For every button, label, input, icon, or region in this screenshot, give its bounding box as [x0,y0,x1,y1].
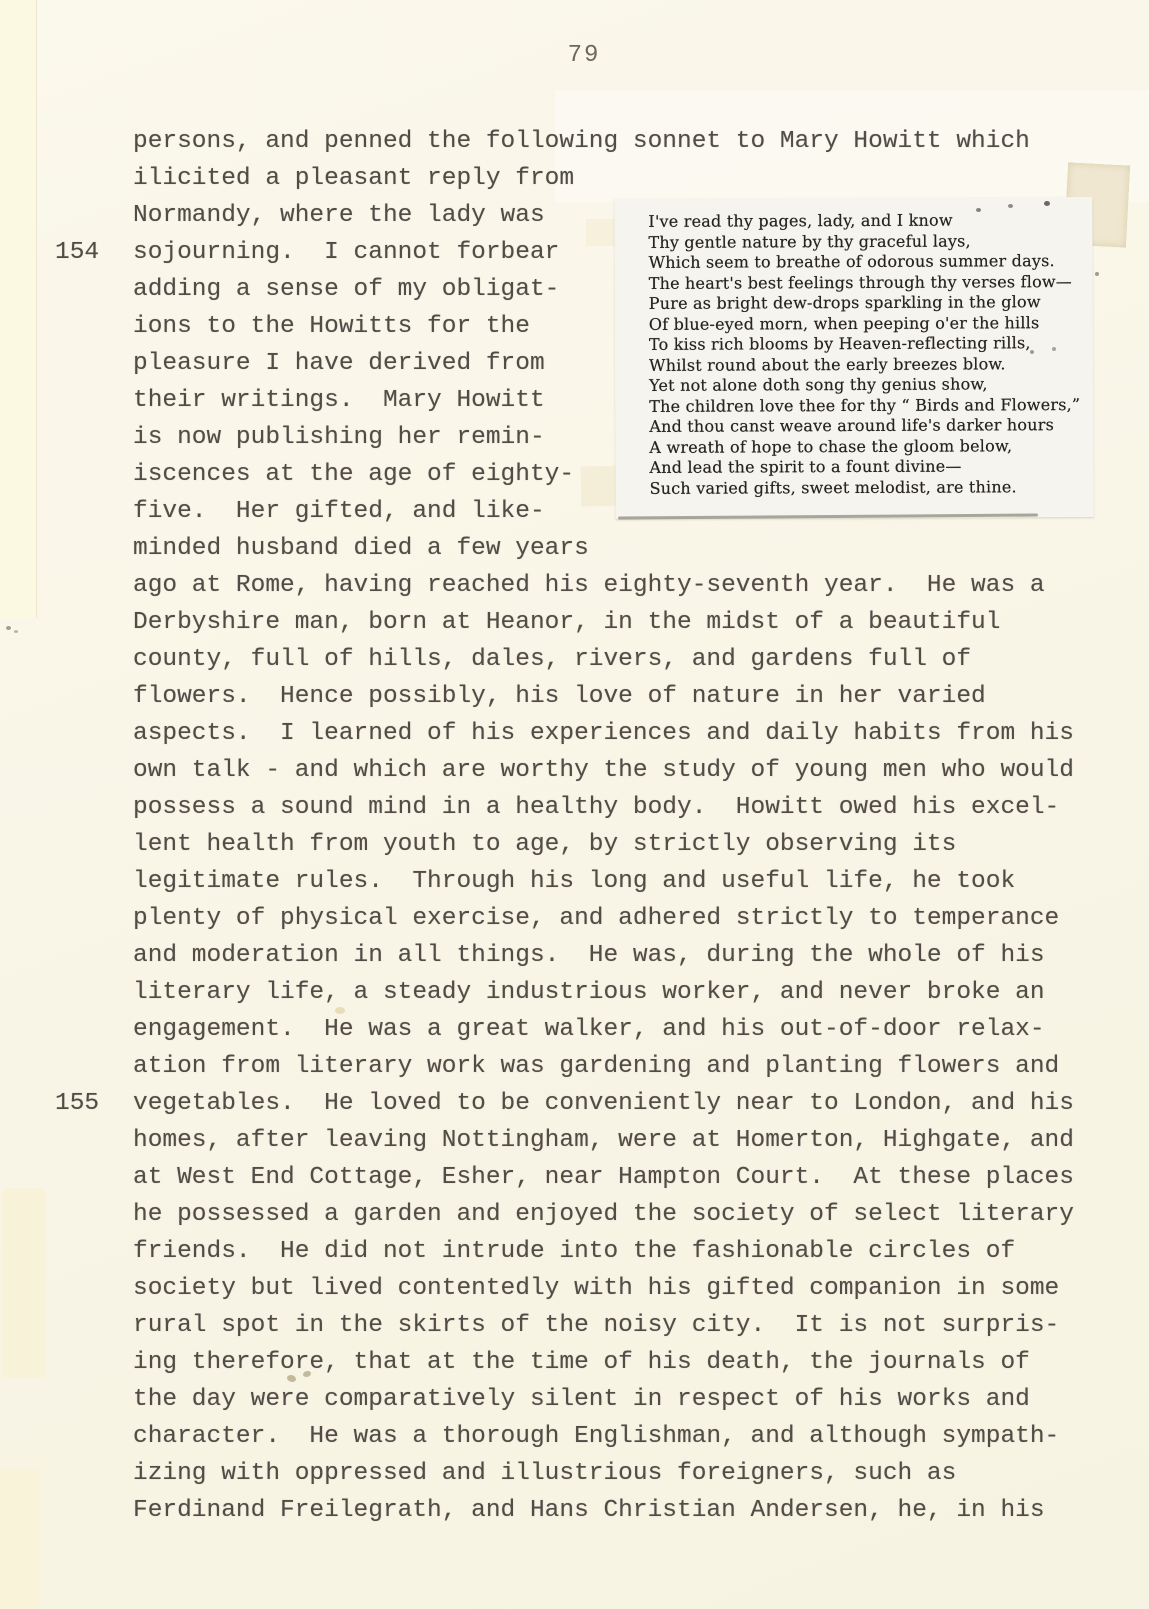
poem-line: The heart's best feelings through thy ve… [649,272,1079,294]
typed-line: county, full of hills, dales, rivers, an… [133,641,1123,678]
typed-line: minded husband died a few years [133,530,1123,567]
typed-line: own talk - and which are worthy the stud… [133,752,1123,789]
ink-speck [1052,347,1056,351]
poem-line: Yet not alone doth song thy genius show, [649,374,1079,396]
typed-line: and moderation in all things. He was, du… [133,937,1123,974]
poem-line: And thou canst weave around life's darke… [649,415,1079,437]
poem-line: Thy gentle nature by thy graceful lays, [648,231,1078,253]
typed-line: possess a sound mind in a healthy body. … [133,789,1123,826]
pasted-sonnet-clipping: I've read thy pages, lady, and I knowThy… [614,197,1093,519]
typed-line: the day were comparatively silent in res… [133,1381,1123,1418]
ink-speck [1008,204,1013,208]
typed-line: engagement. He was a great walker, and h… [133,1011,1123,1048]
typed-line: plenty of physical exercise, and adhered… [133,900,1123,937]
margin-number-155: 155 [55,1085,99,1122]
typed-line: aspects. I learned of his experiences an… [133,715,1123,752]
page-edge-artifact [2,1188,46,1378]
typed-line: Ferdinand Freilegrath, and Hans Christia… [133,1492,1123,1529]
typed-line: he possessed a garden and enjoyed the so… [133,1196,1123,1233]
typed-line: izing with oppressed and illustrious for… [133,1455,1123,1492]
page-edge-artifact [0,0,37,618]
typed-line: at West End Cottage, Esher, near Hampton… [133,1159,1123,1196]
manuscript-page: 79 154 155 persons, and penned the follo… [0,0,1149,1609]
typed-line: legitimate rules. Through his long and u… [133,863,1123,900]
typed-line: rural spot in the skirts of the noisy ci… [133,1307,1123,1344]
poem-line: Pure as bright dew-drops sparkling in th… [649,292,1079,314]
ink-speck [1044,201,1050,206]
typed-line: persons, and penned the following sonnet… [133,123,1123,160]
typed-line: friends. He did not intrude into the fas… [133,1233,1123,1270]
typed-line: literary life, a steady industrious work… [133,974,1123,1011]
typed-line: society but lived contentedly with his g… [133,1270,1123,1307]
typed-line: homes, after leaving Nottingham, were at… [133,1122,1123,1159]
poem-line: I've read thy pages, lady, and I know [648,210,1078,232]
typed-line: Derbyshire man, born at Heanor, in the m… [133,604,1123,641]
sonnet-text: I've read thy pages, lady, and I knowThy… [648,210,1079,499]
typed-line: ing therefore, that at the time of his d… [133,1344,1123,1381]
poem-line: The children love thee for thy “ Birds a… [649,395,1079,417]
margin-number-154: 154 [55,234,99,271]
typed-line: character. He was a thorough Englishman,… [133,1418,1123,1455]
typed-line: flowers. Hence possibly, his love of nat… [133,678,1123,715]
poem-line: A wreath of hope to chase the gloom belo… [649,436,1079,458]
poem-line: Such varied gifts, sweet melodist, are t… [650,477,1080,499]
page-number: 79 [536,42,632,69]
ink-speck [1095,272,1099,276]
poem-line: And lead the spirit to a fount divine— [649,456,1079,478]
page-edge-artifact [0,1470,40,1609]
typed-line: lent health from youth to age, by strict… [133,826,1123,863]
poem-line: Of blue-eyed morn, when peeping o'er the… [649,313,1079,335]
ink-speck [335,1007,345,1014]
ink-speck [287,1375,296,1382]
typed-line: ilicited a pleasant reply from [133,160,1123,197]
ink-speck [1030,350,1034,354]
poem-line: Which seem to breathe of odorous summer … [649,251,1079,273]
typed-line: ation from literary work was gardening a… [133,1048,1123,1085]
poem-line: To kiss rich blooms by Heaven-reflecting… [649,333,1079,355]
ink-speck [6,626,11,630]
typed-line: ago at Rome, having reached his eighty-s… [133,567,1123,604]
ink-speck [976,208,981,212]
poem-line: Whilst round about the early breezes blo… [649,354,1079,376]
ink-speck [14,630,18,633]
typed-line: vegetables. He loved to be conveniently … [133,1085,1123,1122]
